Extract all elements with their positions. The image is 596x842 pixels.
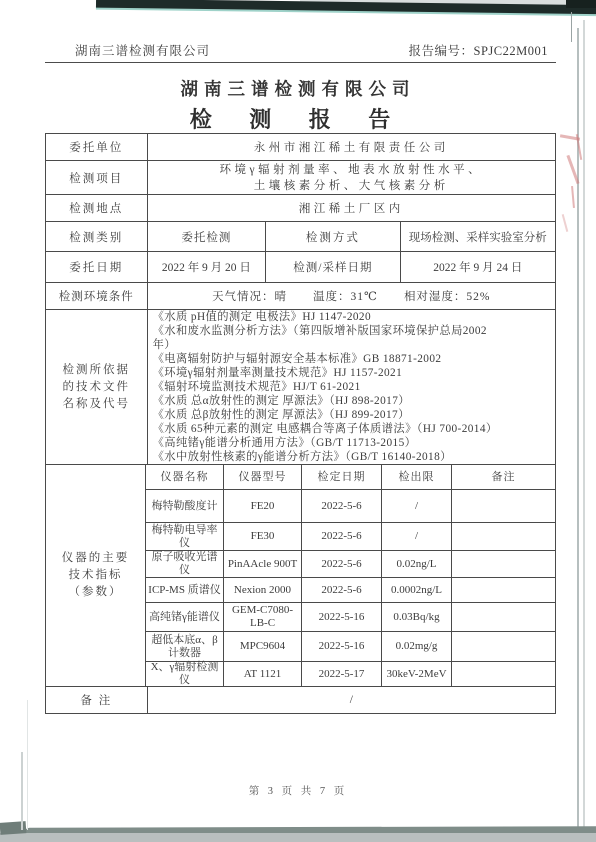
test-items-line2: 土壤核素分析、大气核素分析 bbox=[254, 178, 449, 194]
test-category-label: 检测类别 bbox=[46, 222, 147, 251]
table-row-standards: 检测所依据 的技术文件 名称及代号 《水质 pH值的测定 电极法》HJ 1147… bbox=[46, 309, 555, 464]
test-location-label: 检测地点 bbox=[46, 195, 147, 221]
instrument-note bbox=[451, 632, 555, 661]
environment-label: 检测环境条件 bbox=[46, 283, 147, 309]
standard-item: 《高纯锗γ能谱分析通用方法》（GB/T 11713-2015） bbox=[153, 436, 555, 450]
detection-limit: / bbox=[381, 490, 451, 522]
col-instrument-model: 仪器型号 bbox=[223, 465, 301, 489]
header-company-name: 湖南三谱检测有限公司 bbox=[75, 41, 210, 59]
report-number: 报告编号：SPJC22M001 bbox=[409, 41, 549, 59]
instrument-note bbox=[451, 490, 555, 522]
instrument-row: X、γ辐射检测仪 AT 1121 2022-5-17 30keV-2MeV bbox=[145, 661, 555, 686]
entrust-unit-label: 委托单位 bbox=[46, 134, 147, 160]
page-number: 第 3 页 共 7 页 bbox=[0, 783, 596, 798]
calibration-date: 2022-5-6 bbox=[301, 490, 381, 522]
standard-item: 《水质 总β放射性的测定 厚源法》（HJ 899-2017） bbox=[153, 408, 555, 422]
calibration-date: 2022-5-6 bbox=[301, 523, 381, 550]
instrument-model: AT 1121 bbox=[223, 662, 301, 686]
table-row-entrust-date: 委托日期 2022 年 9 月 20 日 检测/采样日期 2022 年 9 月 … bbox=[46, 251, 555, 282]
table-row-environment: 检测环境条件 天气情况：晴 温度：31℃ 相对湿度：52% bbox=[46, 282, 555, 309]
standard-item: 《水质 总α放射性的测定 厚源法》（HJ 898-2017） bbox=[153, 394, 555, 408]
instrument-row: 超低本底α、β计数器 MPC9604 2022-5-16 0.02mg/g bbox=[145, 631, 555, 661]
entrust-date-label: 委托日期 bbox=[46, 252, 147, 282]
test-items-value: 环境γ辐射剂量率、地表水放射性水平、 土壤核素分析、大气核素分析 bbox=[147, 161, 555, 194]
entrust-date-value: 2022 年 9 月 20 日 bbox=[147, 252, 266, 282]
col-detection-limit: 检出限 bbox=[381, 465, 451, 489]
test-items-label: 检测项目 bbox=[46, 161, 147, 194]
report-title: 检 测 报 告 bbox=[0, 103, 596, 134]
test-method-label: 检测方式 bbox=[265, 222, 399, 251]
page-edge-left-inner bbox=[27, 700, 28, 830]
sampling-date-value: 2022 年 9 月 24 日 bbox=[400, 252, 555, 282]
red-stamp-mark bbox=[571, 186, 575, 208]
table-row-remark: 备 注 / bbox=[46, 686, 555, 713]
instrument-model: MPC9604 bbox=[223, 632, 301, 661]
instrument-row: 高纯锗γ能谱仪 GEM-C7080-LB-C 2022-5-16 0.03Bq/… bbox=[145, 602, 555, 631]
table-row-test-location: 检测地点 湘江稀土厂区内 bbox=[46, 194, 555, 221]
instrument-name: 高纯锗γ能谱仪 bbox=[145, 603, 223, 631]
instrument-note bbox=[451, 551, 555, 577]
standard-item: 《电离辐射防护与辐射源安全基本标准》GB 18871-2002 bbox=[153, 352, 555, 366]
remark-label: 备 注 bbox=[46, 687, 147, 713]
standard-item: 《环境γ辐射剂量率测量技术规范》HJ 1157-2021 bbox=[153, 366, 555, 380]
table-row-test-category: 检测类别 委托检测 检测方式 现场检测、采样实验室分析 bbox=[46, 221, 555, 251]
calibration-date: 2022-5-6 bbox=[301, 551, 381, 577]
instrument-note bbox=[451, 662, 555, 686]
test-method-value: 现场检测、采样实验室分析 bbox=[400, 222, 555, 251]
instrument-note bbox=[451, 523, 555, 550]
instrument-name: ICP-MS 质谱仪 bbox=[145, 578, 223, 602]
col-instrument-name: 仪器名称 bbox=[145, 465, 223, 489]
company-title: 湖南三谱检测有限公司 bbox=[0, 76, 596, 101]
environment-value: 天气情况：晴 温度：31℃ 相对湿度：52% bbox=[147, 283, 555, 309]
instrument-model: FE30 bbox=[223, 523, 301, 550]
detection-limit: 0.0002ng/L bbox=[381, 578, 451, 602]
page-header: 湖南三谱检测有限公司 报告编号：SPJC22M001 bbox=[45, 38, 556, 62]
instrument-note bbox=[451, 603, 555, 631]
standard-item: 《水中放射性核素的γ能谱分析方法》（GB/T 16140-2018） bbox=[153, 450, 555, 464]
instrument-row: ICP-MS 质谱仪 Nexion 2000 2022-5-6 0.0002ng… bbox=[145, 577, 555, 602]
instruments-label: 仪器的主要 技术指标 （参数） bbox=[46, 465, 145, 686]
instrument-name: 梅特勒电导率仪 bbox=[145, 523, 223, 550]
standard-item: 《水和废水监测分析方法》（第四版增补版国家环境保护总局2002 bbox=[153, 324, 555, 338]
scan-edge-top-corner bbox=[566, 0, 596, 8]
page-edge-right-top bbox=[571, 12, 572, 42]
table-row-instruments: 仪器的主要 技术指标 （参数） 仪器名称 仪器型号 检定日期 检出限 备注 梅特… bbox=[46, 464, 555, 686]
standard-item: 年） bbox=[153, 338, 555, 352]
report-number-label: 报告编号： bbox=[409, 44, 474, 58]
report-number-value: SPJC22M001 bbox=[474, 44, 548, 58]
table-row-entrust-unit: 委托单位 永州市湘江稀土有限责任公司 bbox=[46, 134, 555, 160]
instrument-row: 梅特勒酸度计 FE20 2022-5-6 / bbox=[145, 489, 555, 522]
header-divider bbox=[45, 62, 556, 63]
detection-limit: 0.03Bq/kg bbox=[381, 603, 451, 631]
instruments-table: 仪器名称 仪器型号 检定日期 检出限 备注 梅特勒酸度计 FE20 2022-5… bbox=[145, 465, 555, 686]
report-info-table: 委托单位 永州市湘江稀土有限责任公司 检测项目 环境γ辐射剂量率、地表水放射性水… bbox=[45, 133, 556, 714]
test-location-value: 湘江稀土厂区内 bbox=[147, 195, 555, 221]
instrument-model: GEM-C7080-LB-C bbox=[223, 603, 301, 631]
calibration-date: 2022-5-17 bbox=[301, 662, 381, 686]
calibration-date: 2022-5-6 bbox=[301, 578, 381, 602]
standards-list: 《水质 pH值的测定 电极法》HJ 1147-2020 《水和废水监测分析方法》… bbox=[147, 310, 555, 464]
weather-value: 天气情况：晴 bbox=[212, 288, 287, 304]
instruments-header-row: 仪器名称 仪器型号 检定日期 检出限 备注 bbox=[145, 465, 555, 489]
detection-limit: 0.02ng/L bbox=[381, 551, 451, 577]
standard-item: 《辐射环境监测技术规范》HJ/T 61-2021 bbox=[153, 380, 555, 394]
humidity-value: 相对湿度：52% bbox=[404, 288, 491, 304]
scanned-report-page: 湖南三谱检测有限公司 报告编号：SPJC22M001 湖南三谱检测有限公司 检 … bbox=[0, 0, 596, 842]
test-items-line1: 环境γ辐射剂量率、地表水放射性水平、 bbox=[220, 162, 484, 178]
instrument-model: Nexion 2000 bbox=[223, 578, 301, 602]
col-note: 备注 bbox=[451, 465, 555, 489]
instrument-row: 原子吸收光谱仪 PinAAcle 900T 2022-5-6 0.02ng/L bbox=[145, 550, 555, 577]
instrument-name: X、γ辐射检测仪 bbox=[145, 662, 223, 686]
table-row-test-items: 检测项目 环境γ辐射剂量率、地表水放射性水平、 土壤核素分析、大气核素分析 bbox=[46, 160, 555, 194]
entrust-unit-value: 永州市湘江稀土有限责任公司 bbox=[147, 134, 555, 160]
temperature-value: 温度：31℃ bbox=[313, 288, 378, 304]
instrument-model: FE20 bbox=[223, 490, 301, 522]
col-calibration-date: 检定日期 bbox=[301, 465, 381, 489]
scan-edge-bottom-gray bbox=[0, 833, 596, 842]
detection-limit: / bbox=[381, 523, 451, 550]
detection-limit: 0.02mg/g bbox=[381, 632, 451, 661]
detection-limit: 30keV-2MeV bbox=[381, 662, 451, 686]
test-category-value: 委托检测 bbox=[147, 222, 266, 251]
standard-item: 《水质 pH值的测定 电极法》HJ 1147-2020 bbox=[153, 310, 555, 324]
standard-item: 《水质 65种元素的测定 电感耦合等离子体质谱法》（HJ 700-2014） bbox=[153, 422, 555, 436]
instrument-name: 梅特勒酸度计 bbox=[145, 490, 223, 522]
instrument-note bbox=[451, 578, 555, 602]
sampling-date-label: 检测/采样日期 bbox=[265, 252, 399, 282]
calibration-date: 2022-5-16 bbox=[301, 632, 381, 661]
instrument-name: 超低本底α、β计数器 bbox=[145, 632, 223, 661]
red-stamp-mark bbox=[562, 214, 569, 232]
page-edge-right-outer bbox=[583, 20, 585, 832]
instrument-row: 梅特勒电导率仪 FE30 2022-5-6 / bbox=[145, 522, 555, 550]
instrument-model: PinAAcle 900T bbox=[223, 551, 301, 577]
calibration-date: 2022-5-16 bbox=[301, 603, 381, 631]
instrument-name: 原子吸收光谱仪 bbox=[145, 551, 223, 577]
standards-label: 检测所依据 的技术文件 名称及代号 bbox=[46, 310, 147, 464]
remark-value: / bbox=[147, 687, 555, 713]
